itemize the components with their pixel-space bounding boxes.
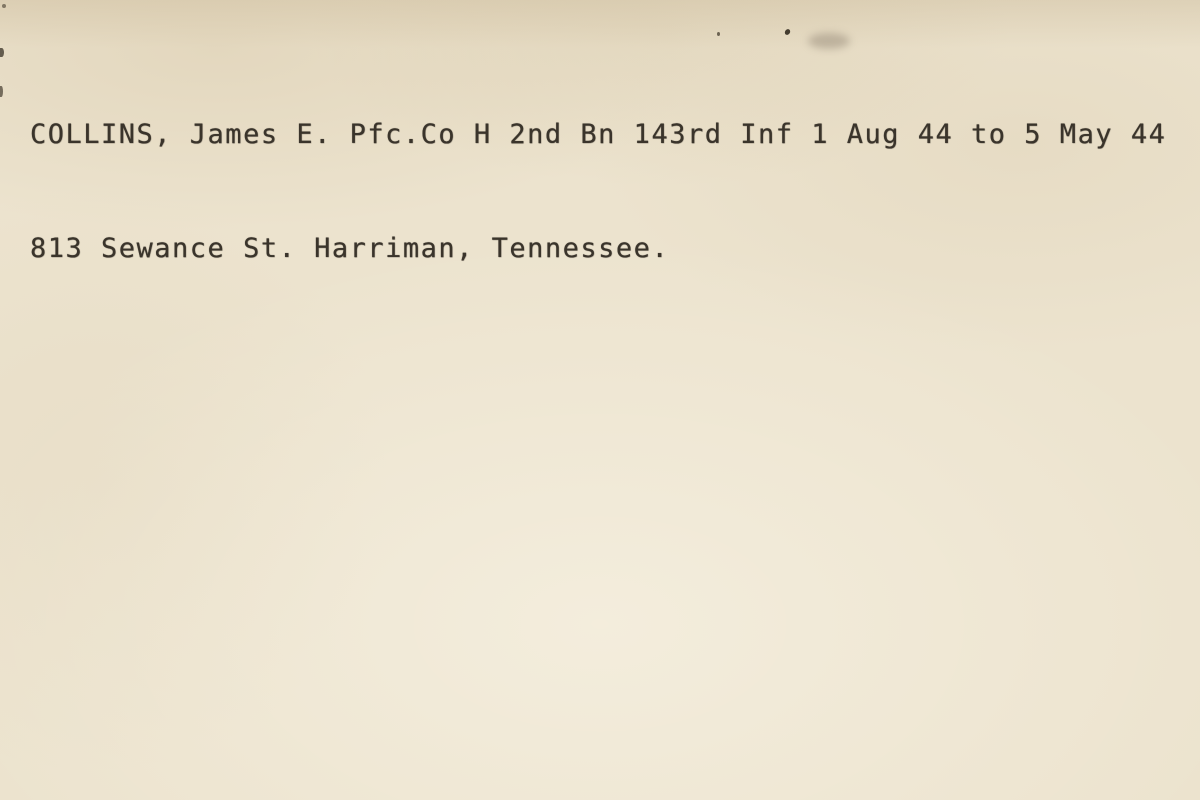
edge-ink-mark bbox=[0, 48, 4, 57]
index-card: COLLINS, James E. Pfc.Co H 2nd Bn 143rd … bbox=[0, 0, 1200, 800]
typewritten-text: COLLINS, James E. Pfc.Co H 2nd Bn 143rd … bbox=[30, 40, 1190, 344]
ink-speck bbox=[784, 28, 792, 36]
edge-ink-mark bbox=[0, 86, 3, 97]
address-line: 813 Sewance St. Harriman, Tennessee. bbox=[30, 230, 1190, 268]
ink-speck bbox=[2, 4, 6, 8]
service-record-line: COLLINS, James E. Pfc.Co H 2nd Bn 143rd … bbox=[30, 116, 1190, 154]
ink-speck bbox=[717, 32, 720, 36]
ink-smudge bbox=[808, 33, 850, 49]
